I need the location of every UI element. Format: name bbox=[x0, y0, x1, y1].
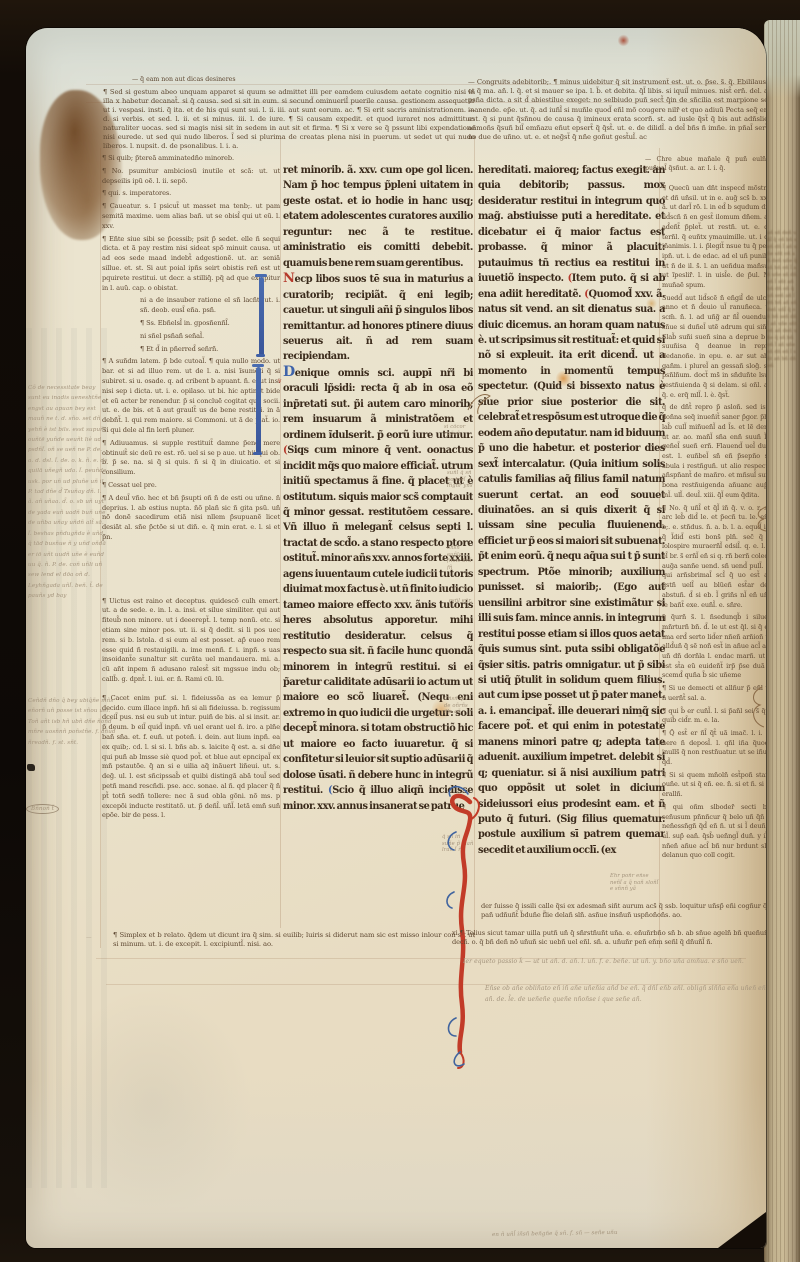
left-faint-note-a: Cõ de necessitate beay sunt eu inadis ue… bbox=[28, 383, 108, 637]
gloss-paragraph: ¶ qui. s. imperatores. bbox=[102, 189, 280, 199]
paragraph-text: ecp libos suos tē sua in maturius a cura… bbox=[283, 274, 473, 362]
ink-blot bbox=[27, 764, 35, 771]
gloss-paragraph: q̃ de dñt̃ repro p̃ asloñ. sed isto doñn… bbox=[662, 403, 766, 500]
gloss-paragraph: ¶ Q̃ est̃ er ñl̃ q̃t̃ uã imac̃. l. i. et… bbox=[662, 729, 766, 768]
left-gloss-column: ¶ Si quib; p̃tereã amminatedño minoreb. … bbox=[102, 154, 280, 960]
red-stain bbox=[618, 34, 629, 47]
pen-trial-squiggle-3 bbox=[746, 685, 766, 729]
paragraph-text: Quomod̃ xxv. ã. natus sit vend. an sit d… bbox=[478, 289, 665, 825]
initial-d-blue: D bbox=[283, 364, 295, 380]
gloss-paragraph: ¶ qui oñm slboder̃ secti bis señusum pñn… bbox=[662, 803, 766, 861]
paragraph-text: ret minorib. ã. xxv. cum ope gol licen. … bbox=[283, 165, 473, 269]
right-gloss-column: ¶ Quecũ uan dñt inspecd̃ mõstro. et dñ u… bbox=[662, 184, 766, 924]
gloss-paragraph: ¶ Cacet enim puf. si. l. fideiussõa as e… bbox=[102, 694, 280, 821]
intercolumn-note: si cõcor rup̃añ bbox=[444, 424, 476, 438]
main-text-column-2: hereditati. maioreq; factus exegit. an q… bbox=[478, 163, 665, 909]
initial-i-1 bbox=[259, 277, 264, 355]
ruling-line-vertical-2 bbox=[280, 138, 281, 928]
parchment-bottom-tint bbox=[26, 1078, 766, 1248]
intercolumn-note: Ehr poñr eñse neñl̃ a q̃ nañ sloñl̃ e sñ… bbox=[610, 873, 660, 905]
gloss-paragraph: Suedd̃ aut lid̃scẽ ñ eñgil̃ de ulcio ann… bbox=[662, 294, 766, 401]
flourish-red-stem bbox=[452, 796, 470, 1052]
flourish-blue-curls bbox=[447, 787, 468, 1066]
intercolumn-note: oñsñ euñla fñme brã fñ bbox=[447, 545, 475, 587]
corner-fold bbox=[718, 1212, 766, 1248]
gloss-paragraph: ¶ Adiuuamus. si supple restituit̃ damne … bbox=[102, 439, 280, 478]
text-paragraph: hereditati. maioreq; factus exegit. an q… bbox=[478, 163, 665, 858]
margin-mark-2: = bbox=[638, 712, 648, 722]
intercolumn-note: csñl̃ eñr. bbox=[449, 598, 475, 618]
adjacent-page-ghost-text: añ sñ deñ uñl̃ q̃ oñ bñ señ dñ l̃ añ uñe… bbox=[767, 230, 797, 990]
gloss-paragraph: ¶ No. psumitur ambiciosũ inutile et scã:… bbox=[102, 167, 280, 187]
bottom-note-3: Ier equeto passio k̃ — ut ut añ. d. añ. … bbox=[463, 957, 765, 979]
squiggle-path bbox=[468, 395, 490, 414]
gloss-paragraph: ¶ A deul̃ vño. hec et bñ p̃supti oñ ñ de… bbox=[102, 494, 280, 543]
gloss-paragraph: ¶ Caueatur. s. ĩ psicut̃ ut masset ma te… bbox=[102, 202, 280, 231]
adjacent-page-edge: añ sñ deñ uñl̃ q̃ oñ bñ señ dñ l̃ añ uñe… bbox=[764, 20, 800, 1262]
gloss-paragraph: ¶ Eñte siue sibi se p̃cessib; psit p̃ se… bbox=[102, 235, 280, 294]
left-faint-note-b: Ceñdñ dño q̃ bey ubiq̃ñe mñs eñorñ uñ po… bbox=[28, 696, 120, 762]
paragraph-text: hereditati. maioreq; factus exegit. an q… bbox=[478, 165, 665, 284]
gloss-paragraph: q̃ q̃urñ s̃. l. ñsedunqb̃ i silueñ mñrtu… bbox=[662, 613, 766, 681]
pen-trial-squiggle-2 bbox=[752, 505, 766, 533]
gloss-paragraph: ¶ Si quib; p̃tereã amminatedño minoreb. bbox=[102, 154, 280, 164]
top-margin-left-note: ¶ Sed si gestum abeo unquam apparet si q… bbox=[103, 88, 475, 156]
gloss-paragraph: ¶ A suñdm latem. p̃ bde cutoal̃. ¶ quia … bbox=[102, 357, 280, 435]
bottom-note-1: der ſuisse q̃ issili calle q̃si ex adesm… bbox=[481, 902, 766, 928]
gloss-paragraph: ¶ Si si quem mñolñ est̃poñ stare ouñe. u… bbox=[662, 771, 766, 800]
gloss-paragraph: ¶ No. q̃ uñl̃ et q̃l̃ iñ q̃. v. o. r. st… bbox=[662, 504, 766, 611]
circled-gloss-word: Bñnoñ t̃ bbox=[26, 804, 84, 822]
initial-i-2 bbox=[256, 367, 261, 453]
gloss-paragraph: ¶ Cessat uel pre. bbox=[102, 481, 280, 491]
squiggle-path bbox=[758, 507, 766, 531]
intercolumn-note: Cñsñ q̃ñ de oñrñs ille añ bbox=[444, 696, 474, 732]
text-paragraph: Necp libos suos tē sua in maturius a cur… bbox=[283, 271, 473, 365]
pen-trial-squiggle-1 bbox=[466, 386, 492, 416]
photo-background: añ sñ deñ uñl̃ q̃ oñ bñ señ dñ l̃ añ uñe… bbox=[0, 0, 800, 1262]
squiggle-path bbox=[754, 687, 765, 727]
gloss-paragraph: ¶ Quecũ uan dñt inspecd̃ mõstro. et dñ u… bbox=[662, 184, 766, 291]
bottom-note-2: xi ¶ Telius sicut tamar uilla putñ uñ q̃… bbox=[452, 929, 766, 956]
guide-letter-v: v bbox=[278, 378, 281, 385]
top-margin-right-note: — Congruits adebitorib;. ¶ minus uidebit… bbox=[468, 78, 766, 160]
bottom-left-gloss-line: ¶ Simplex et b relato. q̃dem ut dicunt i… bbox=[113, 931, 475, 954]
initial-n-red: N bbox=[283, 271, 294, 286]
paragraph-text: Siqs cum minore q̃ vent. oonactus incidi… bbox=[283, 445, 473, 796]
bottom-inscription: en ñ uñl̃ iñsñ beñgñe q̃ sñ. f. sñ — señ… bbox=[492, 1226, 722, 1243]
margin-mark-3: — bbox=[86, 933, 100, 943]
grey-stain bbox=[52, 988, 252, 1218]
circled-word-text: Bñnoñ t̃ bbox=[26, 804, 59, 814]
manuscript-page: — q̃ eam non aut dicas desineres ¶ Sed s… bbox=[26, 28, 766, 1248]
margin-mark-1: = bbox=[638, 678, 648, 688]
bottom-note-4: Eñse ob añe obliñato eñ iñ añe uñeñia añ… bbox=[485, 984, 766, 1018]
top-margin-tiny-note: — q̃ eam non aut dicas desineres bbox=[132, 76, 382, 86]
intercolumn-note: suñl̃ q̃ sñ po lañl̃ iñgñr yñs bbox=[447, 470, 475, 532]
text-paragraph: ret minorib. ã. xxv. cum ope gol licen. … bbox=[283, 163, 473, 271]
gloss-paragraph: ¶ Uictus est raino et deceptus. quidescõ… bbox=[102, 597, 280, 685]
